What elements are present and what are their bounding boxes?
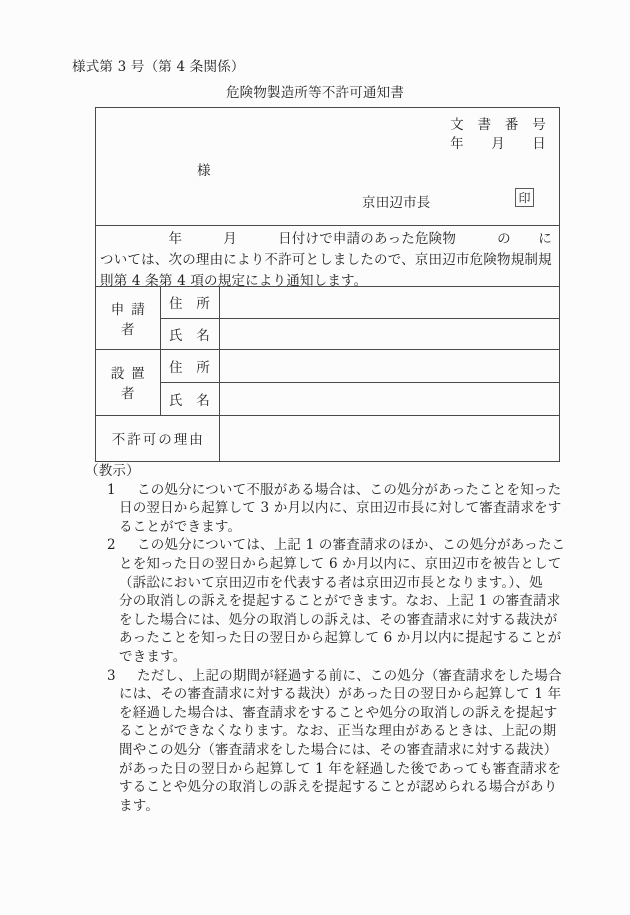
advisory-item-3: 3ただし、上記の期間が経過する前に、この処分（審査請求をした場合 には、その審査…: [85, 667, 567, 816]
table-row: 設置者 住 所: [96, 349, 559, 382]
advisory-item-2: 2この処分については、上記 1 の審査請求のほか、この処分があったこ とを知った…: [85, 536, 567, 666]
applicant-label: 申請者: [96, 287, 160, 349]
installer-address-label: 住 所: [160, 349, 219, 382]
advisory-item-text: ただし、上記の期間が経過する前に、この処分（審査請求をした場合 には、その審査請…: [119, 668, 562, 814]
installer-name-label: 氏 名: [160, 382, 219, 415]
advisory-item-number: 2: [107, 536, 137, 555]
applicant-name-value: [219, 318, 559, 349]
advisory-item-number: 3: [107, 667, 137, 686]
advisory-heading: （教示）: [85, 462, 567, 481]
document-number-label: 文 書 番 号: [450, 113, 546, 133]
advisory-section: （教示） 1この処分について不服がある場合は、この処分があったことを知った 日の…: [85, 462, 567, 815]
notice-body-text: 年 月 日付けで申請のあった危険物 の に ついては、次の理由により不許可としま…: [96, 225, 559, 286]
seal-mark: 印: [518, 189, 530, 206]
advisory-item-text: この処分については、上記 1 の審査請求のほか、この処分があったこ とを知った日…: [119, 537, 565, 665]
applicant-name-label: 氏 名: [160, 318, 219, 349]
refusal-reason-value: [219, 415, 559, 461]
document-title: 危険物製造所等不許可通知書: [0, 81, 630, 101]
notice-box: 文 書 番 号 年 月 日 様 京田辺市長 印 年 月 日付けで申請のあった危険…: [95, 107, 560, 462]
refusal-reason-label: 不許可の理由: [96, 415, 219, 461]
advisory-item-1: 1この処分について不服がある場合は、この処分があったことを知った 日の翌日から起…: [85, 481, 567, 537]
seal-box: 印: [515, 188, 534, 207]
advisory-item-text: この処分について不服がある場合は、この処分があったことを知った 日の翌日から起算…: [119, 482, 561, 535]
installer-address-value: [219, 349, 559, 382]
issue-date-placeholder: 年 月 日: [450, 132, 546, 152]
notice-header: 文 書 番 号 年 月 日 様 京田辺市長 印: [96, 108, 559, 225]
advisory-item-number: 1: [107, 481, 137, 500]
form-number: 様式第 3 号（第 4 条関係）: [72, 55, 245, 75]
installer-name-value: [219, 382, 559, 415]
document-page: 様式第 3 号（第 4 条関係） 危険物製造所等不許可通知書 文 書 番 号 年…: [0, 0, 630, 915]
addressee-suffix: 様: [197, 159, 211, 179]
table-row: 氏 名: [96, 382, 559, 415]
details-table: 申請者 住 所 氏 名 設置者 住 所 氏 名: [96, 287, 559, 461]
table-row: 不許可の理由: [96, 415, 559, 461]
table-row: 氏 名: [96, 318, 559, 349]
details-table-wrap: 申請者 住 所 氏 名 設置者 住 所 氏 名: [96, 286, 559, 461]
installer-label: 設置者: [96, 349, 160, 415]
issuer-title: 京田辺市長: [362, 191, 431, 211]
